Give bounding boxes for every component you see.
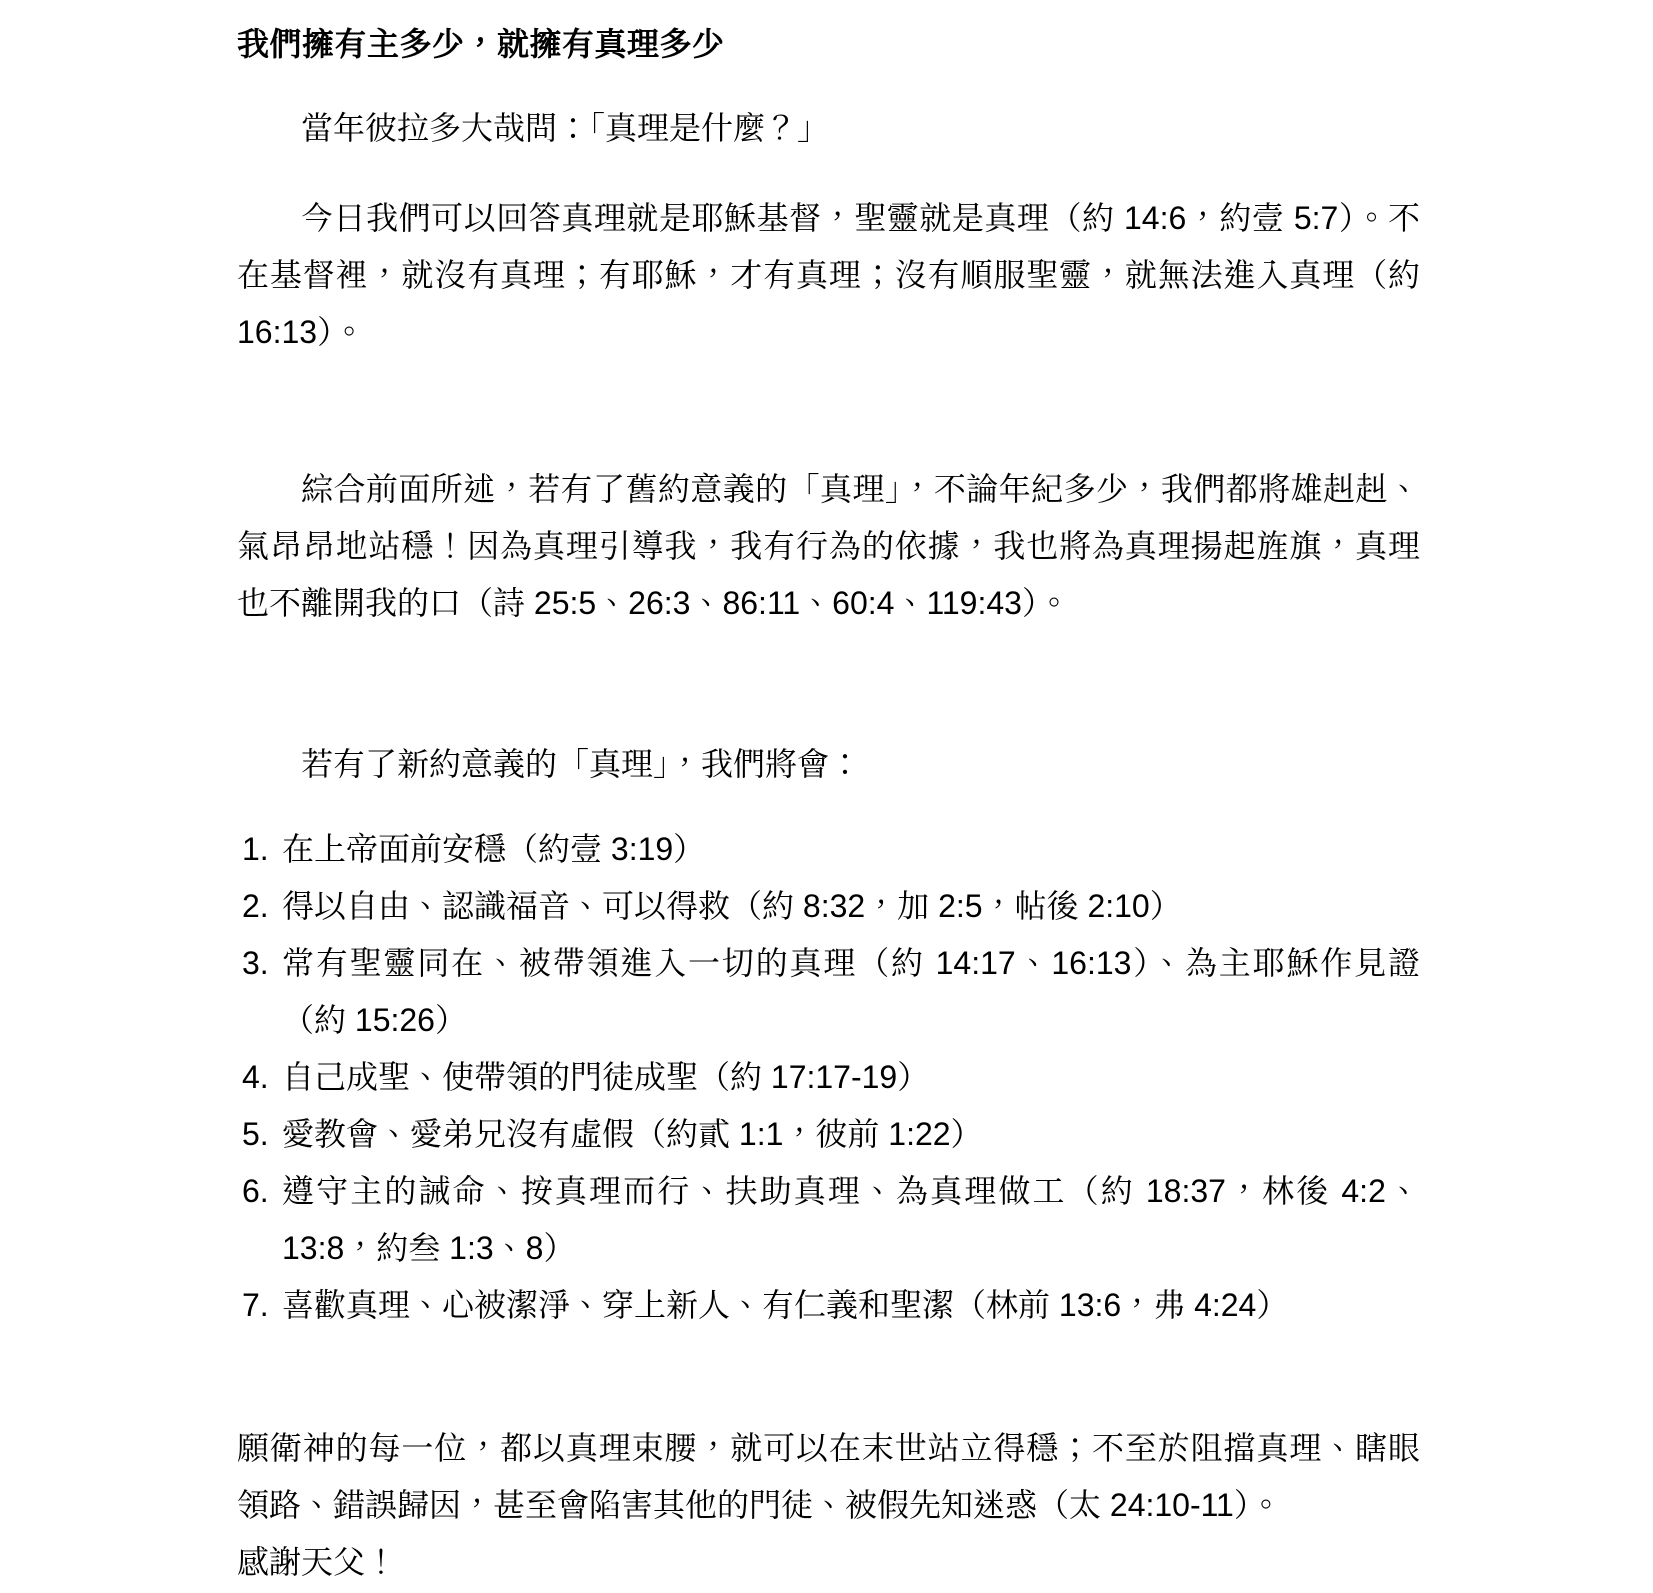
list-item-text: 遵守主的誡命、按真理而行、扶助真理、為真理做工（約 18:37，林後 4:2、1… bbox=[282, 1163, 1420, 1277]
list-item: 2. 得以自由、認識福音、可以得救（約 8:32，加 2:5，帖後 2:10） bbox=[242, 878, 1420, 935]
paragraph-truth-answer: 今日我們可以回答真理就是耶穌基督，聖靈就是真理（約 14:6，約壹 5:7）。不… bbox=[237, 190, 1420, 361]
list-item: 4. 自己成聖、使帶領的門徒成聖（約 17:17-19） bbox=[242, 1049, 1420, 1106]
list-item: 5. 愛教會、愛弟兄沒有虛假（約貳 1:1，彼前 1:22） bbox=[242, 1106, 1420, 1163]
paragraph-thanksgiving: 感謝天父！ bbox=[237, 1534, 1420, 1591]
list-item-number: 5. bbox=[242, 1106, 282, 1163]
list-item: 3. 常有聖靈同在、被帶領進入一切的真理（約 14:17、16:13）、為主耶穌… bbox=[242, 935, 1420, 1049]
list-item-number: 6. bbox=[242, 1163, 282, 1220]
paragraph-pilate-question: 當年彼拉多大哉問：「真理是什麼？」 bbox=[237, 100, 1420, 157]
list-item-text: 愛教會、愛弟兄沒有虛假（約貳 1:1，彼前 1:22） bbox=[282, 1106, 1420, 1163]
list-item-number: 4. bbox=[242, 1049, 282, 1106]
list-item-text: 喜歡真理、心被潔淨、穿上新人、有仁義和聖潔（林前 13:6，弗 4:24） bbox=[282, 1277, 1420, 1334]
list-item: 6. 遵守主的誡命、按真理而行、扶助真理、為真理做工（約 18:37，林後 4:… bbox=[242, 1163, 1420, 1277]
document-content: 我們擁有主多少，就擁有真理多少 當年彼拉多大哉問：「真理是什麼？」 今日我們可以… bbox=[0, 0, 1653, 1591]
truth-benefits-list: 1. 在上帝面前安穩（約壹 3:19） 2. 得以自由、認識福音、可以得救（約 … bbox=[242, 821, 1420, 1334]
list-item-number: 7. bbox=[242, 1277, 282, 1334]
list-item-number: 3. bbox=[242, 935, 282, 992]
list-item-text: 在上帝面前安穩（約壹 3:19） bbox=[282, 821, 1420, 878]
list-item: 1. 在上帝面前安穩（約壹 3:19） bbox=[242, 821, 1420, 878]
list-item: 7. 喜歡真理、心被潔淨、穿上新人、有仁義和聖潔（林前 13:6，弗 4:24） bbox=[242, 1277, 1420, 1334]
list-item-text: 常有聖靈同在、被帶領進入一切的真理（約 14:17、16:13）、為主耶穌作見證… bbox=[282, 935, 1420, 1049]
document-page: 我們擁有主多少，就擁有真理多少 當年彼拉多大哉問：「真理是什麼？」 今日我們可以… bbox=[0, 0, 1653, 1593]
list-item-number: 1. bbox=[242, 821, 282, 878]
list-item-text: 得以自由、認識福音、可以得救（約 8:32，加 2:5，帖後 2:10） bbox=[282, 878, 1420, 935]
paragraph-old-testament-truth: 綜合前面所述，若有了舊約意義的「真理」，不論年紀多少，我們都將雄赳赳、氣昂昂地站… bbox=[237, 461, 1420, 632]
paragraph-new-testament-intro: 若有了新約意義的「真理」，我們將會： bbox=[237, 736, 1420, 793]
list-item-text: 自己成聖、使帶領的門徒成聖（約 17:17-19） bbox=[282, 1049, 1420, 1106]
paragraph-closing-blessing: 願衛神的每一位，都以真理束腰，就可以在末世站立得穩；不至於阻擋真理、瞎眼領路、錯… bbox=[237, 1420, 1420, 1534]
list-item-number: 2. bbox=[242, 878, 282, 935]
document-title: 我們擁有主多少，就擁有真理多少 bbox=[237, 22, 1420, 66]
